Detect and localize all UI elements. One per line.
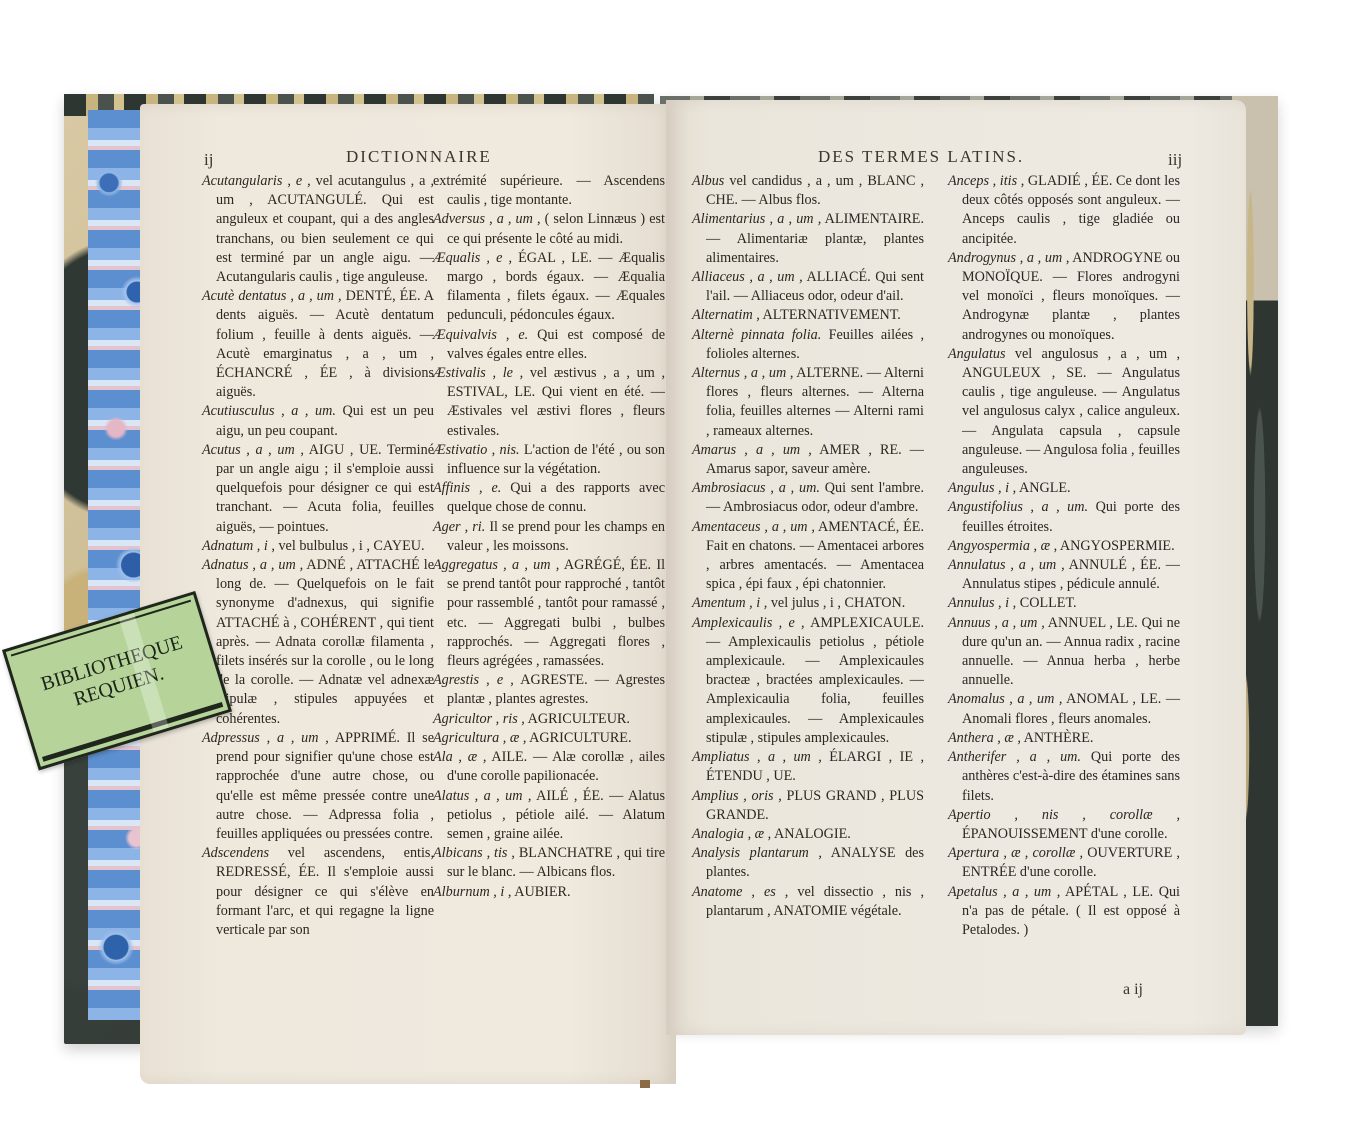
dictionary-entry: Anomalus , a , um , ANOMAL , LE. — Anoma…: [948, 690, 1180, 728]
entry-headword: Agrestis , e ,: [433, 672, 514, 688]
right-page-column-1: Albus vel candidus , a , um , BLANC , CH…: [692, 172, 924, 921]
dictionary-entry: Apertura , æ , corollæ , OUVERTURE , ENT…: [948, 844, 1180, 882]
dictionary-entry: Ambrosiacus , a , um. Qui sent l'ambre. …: [692, 479, 924, 517]
dictionary-entry: Adscendens vel ascendens, entis, REDRESS…: [202, 844, 434, 940]
dictionary-entry: Annuus , a , um , ANNUEL , LE. Qui ne du…: [948, 614, 1180, 691]
entry-headword: Acutiusculus , a , um.: [202, 403, 336, 419]
dictionary-entry: Adnatus , a , um , ADNÉ , ATTACHÉ le lon…: [202, 556, 434, 729]
entry-headword: Anatome , es ,: [692, 884, 788, 900]
entry-headword: Albus: [692, 173, 724, 189]
entry-headword: Angulus , i ,: [948, 480, 1016, 496]
dictionary-entry: extrémité supérieure. — Ascendens caulis…: [433, 172, 665, 210]
entry-definition: ADNÉ , ATTACHÉ le long de. — Quelquefois…: [216, 557, 434, 727]
entry-definition: AMPLEXICAULE. — Amplexicaulis petiolus ,…: [706, 615, 924, 746]
entry-headword: Amarus , a , um ,: [692, 442, 812, 458]
right-page-column-2: Anceps , itis , GLADIÉ , ÉE. Ce dont les…: [948, 172, 1180, 940]
entry-headword: Æstivalis , le ,: [433, 365, 523, 381]
entry-headword: Alatus , a , um ,: [433, 788, 531, 804]
dictionary-entry: Anthera , æ , ANTHÈRE.: [948, 729, 1180, 748]
dictionary-entry: Analogia , æ , ANALOGIE.: [692, 825, 924, 844]
entry-headword: Æquivalvis , e.: [433, 327, 528, 343]
dictionary-entry: Æstivalis , le , vel æstivus , a , um , …: [433, 364, 665, 441]
running-head-right: DES TERMES LATINS.: [818, 147, 1024, 167]
dictionary-entry: Alternatim , ALTERNATIVEMENT.: [692, 306, 924, 325]
entry-definition: vel acutangulus , a , um , ACUTANGULÉ. Q…: [216, 173, 434, 285]
spine-bottom: [640, 1080, 650, 1088]
dictionary-entry: Alliaceus , a , um , ALLIACÉ. Qui sent l…: [692, 268, 924, 306]
entry-definition: vel angulosus , a , um , ANGULEUX , SE. …: [962, 346, 1180, 477]
dictionary-entry: Anatome , es , vel dissectio , nis , pla…: [692, 883, 924, 921]
folio-right: iij: [1168, 150, 1182, 170]
dictionary-entry: Apertio , nis , corollæ , ÉPANOUISSEMENT…: [948, 806, 1180, 844]
dictionary-entry: Annulatus , a , um , ANNULÉ , ÉE. — Annu…: [948, 556, 1180, 594]
entry-headword: Alternus , a , um ,: [692, 365, 793, 381]
entry-headword: Adnatum , i ,: [202, 538, 275, 554]
entry-headword: Ala , æ ,: [433, 749, 486, 765]
entry-headword: Apertura , æ , corollæ ,: [948, 845, 1083, 861]
entry-headword: Æstivatio , nis.: [433, 442, 520, 458]
dictionary-entry: Albus vel candidus , a , um , BLANC , CH…: [692, 172, 924, 210]
entry-headword: Apetalus , a , um ,: [948, 884, 1060, 900]
entry-headword: Alternè pinnata folia.: [692, 327, 821, 343]
dictionary-entry: Alimentarius , a , um , ALIMENTAIRE. — A…: [692, 210, 924, 268]
dictionary-entry: Annulus , i , COLLET.: [948, 594, 1180, 613]
entry-definition: ANTHÈRE.: [1021, 730, 1094, 746]
dictionary-entry: Antherifer , a , um. Qui porte des anthè…: [948, 748, 1180, 806]
library-label-text: BIBLIOTHEQUE REQUIEN.: [15, 623, 216, 726]
entry-definition: APPRIMÉ. Il se prend pour signifier qu'u…: [216, 730, 434, 842]
entry-headword: Analogia , æ ,: [692, 826, 771, 842]
entry-headword: Alimentarius , a , um ,: [692, 211, 821, 227]
dictionary-entry: Agricultor , ris , AGRICULTEUR.: [433, 710, 665, 729]
left-page-column-1: Acutangularis , e , vel acutangulus , a …: [202, 172, 434, 940]
dictionary-entry: Æquivalvis , e. Qui est composé de valve…: [433, 326, 665, 364]
entry-headword: Adversus , a , um ,: [433, 211, 541, 227]
entry-headword: Angulatus: [948, 346, 1006, 362]
dictionary-entry: Acutiusculus , a , um. Qui est un peu ai…: [202, 402, 434, 440]
dictionary-entry: Acutangularis , e , vel acutangulus , a …: [202, 172, 434, 287]
entry-definition: ANGYOSPERMIE.: [1057, 538, 1174, 554]
dictionary-entry: Acutus , a , um , AIGU , UE. Terminé par…: [202, 441, 434, 537]
entry-definition: vel candidus , a , um , BLANC , CHE. — A…: [706, 173, 924, 208]
entry-definition: COLLET.: [1016, 595, 1076, 611]
entry-headword: Annulatus , a , um ,: [948, 557, 1065, 573]
entry-headword: Antherifer , a , um.: [948, 749, 1081, 765]
dictionary-entry: Angulatus vel angulosus , a , um , ANGUL…: [948, 345, 1180, 479]
dictionary-entry: Æqualis , e , ÉGAL , LE. — Æqualis margo…: [433, 249, 665, 326]
entry-headword: Annuus , a , um ,: [948, 615, 1045, 631]
entry-definition: AUBIER.: [511, 884, 570, 900]
entry-definition: AGRÉGÉ, ÉE. Il se prend tantôt pour rapp…: [447, 557, 665, 669]
dictionary-entry: Ager , ri. Il se prend pour les champs e…: [433, 518, 665, 556]
dictionary-entry: Angyospermia , æ , ANGYOSPERMIE.: [948, 537, 1180, 556]
running-head-left: DICTIONNAIRE: [346, 147, 492, 167]
entry-headword: Æqualis , e ,: [433, 250, 512, 266]
entry-headword: Affinis , e.: [433, 480, 501, 496]
dictionary-entry: Ampliatus , a , um , ÉLARGI , IE , ÉTEND…: [692, 748, 924, 786]
entry-headword: Ampliatus , a , um ,: [692, 749, 822, 765]
entry-headword: Acutus , a , um ,: [202, 442, 304, 458]
left-page-column-2: extrémité supérieure. — Ascendens caulis…: [433, 172, 665, 902]
dictionary-entry: Analysis plantarum , ANALYSE des plantes…: [692, 844, 924, 882]
entry-headword: Anomalus , a , um ,: [948, 691, 1062, 707]
dictionary-entry: Amentum , i , vel julus , i , CHATON.: [692, 594, 924, 613]
dictionary-entry: Amplexicaulis , e , AMPLEXICAULE. — Ampl…: [692, 614, 924, 748]
dictionary-entry: Agrestis , e , AGRESTE. — Agrestes plant…: [433, 671, 665, 709]
entry-headword: Amentum , i ,: [692, 595, 767, 611]
dictionary-entry: Alternè pinnata folia. Feuilles ailées ,…: [692, 326, 924, 364]
entry-definition: DENTÉ, ÉE. A dents aiguës. — Acutè denta…: [216, 288, 434, 400]
entry-headword: Alliaceus , a , um ,: [692, 269, 803, 285]
entry-definition: vel julus , i , CHATON.: [767, 595, 905, 611]
entry-headword: Androgynus , a , um ,: [948, 250, 1069, 266]
entry-headword: Amplius , oris ,: [692, 788, 782, 804]
dictionary-entry: Amentaceus , a , um , AMENTACÉ, ÉE. Fait…: [692, 518, 924, 595]
entry-headword: Anceps , itis ,: [948, 173, 1024, 189]
folio-left: ij: [204, 150, 213, 170]
entry-definition: AGRICULTEUR.: [525, 711, 630, 727]
entry-headword: Amentaceus , a , um ,: [692, 519, 815, 535]
dictionary-entry: Acutè dentatus , a , um , DENTÉ, ÉE. A d…: [202, 287, 434, 402]
entry-definition: ALTERNATIVEMENT.: [760, 307, 901, 323]
dictionary-entry: Aggregatus , a , um , AGRÉGÉ, ÉE. Il se …: [433, 556, 665, 671]
dictionary-entry: Adnatum , i , vel bulbulus , i , CAYEU.: [202, 537, 434, 556]
dictionary-entry: Alatus , a , um , AILÉ , ÉE. — Alatus pe…: [433, 787, 665, 845]
entry-definition: vel bulbulus , i , CAYEU.: [275, 538, 425, 554]
entry-definition: extrémité supérieure. — Ascendens caulis…: [433, 173, 665, 208]
entry-headword: Angyospermia , æ ,: [948, 538, 1057, 554]
entry-definition: AGRICULTURE.: [526, 730, 631, 746]
dictionary-entry: Androgynus , a , um , ANDROGYNE ou MONOÏ…: [948, 249, 1180, 345]
dictionary-entry: Apetalus , a , um , APÉTAL , LE. Qui n'a…: [948, 883, 1180, 941]
dictionary-entry: Angustifolius , a , um. Qui porte des fe…: [948, 498, 1180, 536]
dictionary-entry: Alternus , a , um , ALTERNE. — Alterni f…: [692, 364, 924, 441]
entry-headword: Aggregatus , a , um ,: [433, 557, 559, 573]
entry-headword: Agricultura , æ ,: [433, 730, 526, 746]
dictionary-entry: Ala , æ , AILE. — Alæ corollæ , ailes d'…: [433, 748, 665, 786]
entry-headword: Ambrosiacus , a , um.: [692, 480, 820, 496]
entry-headword: Annulus , i ,: [948, 595, 1016, 611]
entry-headword: Acutangularis , e ,: [202, 173, 311, 189]
entry-headword: Amplexicaulis , e ,: [692, 615, 805, 631]
entry-headword: Alburnum , i ,: [433, 884, 511, 900]
entry-headword: Ager , ri.: [433, 519, 485, 535]
dictionary-entry: Adversus , a , um , ( selon Linnæus ) es…: [433, 210, 665, 248]
dictionary-entry: Æstivatio , nis. L'action de l'été , ou …: [433, 441, 665, 479]
dictionary-entry: Anceps , itis , GLADIÉ , ÉE. Ce dont les…: [948, 172, 1180, 249]
entry-headword: Anthera , æ ,: [948, 730, 1021, 746]
signature-mark: a ij: [1123, 981, 1143, 999]
dictionary-entry: Albicans , tis , BLANCHATRE , qui tire s…: [433, 844, 665, 882]
dictionary-entry: Angulus , i , ANGLE.: [948, 479, 1180, 498]
entry-headword: Alternatim ,: [692, 307, 760, 323]
entry-headword: Angustifolius , a , um.: [948, 499, 1088, 515]
entry-headword: Adscendens: [202, 845, 269, 861]
entry-headword: Acutè dentatus , a , um ,: [202, 288, 342, 304]
entry-headword: Analysis plantarum ,: [692, 845, 822, 861]
entry-headword: Agricultor , ris ,: [433, 711, 525, 727]
entry-headword: Adpressus , a , um ,: [202, 730, 329, 746]
entry-definition: ÉPANOUISSEMENT d'une corolle.: [962, 826, 1168, 842]
dictionary-entry: Amarus , a , um , AMER , RE. — Amarus sa…: [692, 441, 924, 479]
entry-headword: Albicans , tis ,: [433, 845, 515, 861]
dictionary-entry: Affinis , e. Qui a des rapports avec que…: [433, 479, 665, 517]
entry-definition: ANALOGIE.: [771, 826, 851, 842]
dictionary-entry: Agricultura , æ , AGRICULTURE.: [433, 729, 665, 748]
dictionary-entry: Alburnum , i , AUBIER.: [433, 883, 665, 902]
dictionary-entry: Amplius , oris , PLUS GRAND , PLUS GRAND…: [692, 787, 924, 825]
entry-definition: ANGLE.: [1016, 480, 1070, 496]
entry-headword: Apertio , nis , corollæ ,: [948, 807, 1180, 823]
entry-headword: Adnatus , a , um ,: [202, 557, 303, 573]
dictionary-entry: Adpressus , a , um , APPRIMÉ. Il se pren…: [202, 729, 434, 844]
